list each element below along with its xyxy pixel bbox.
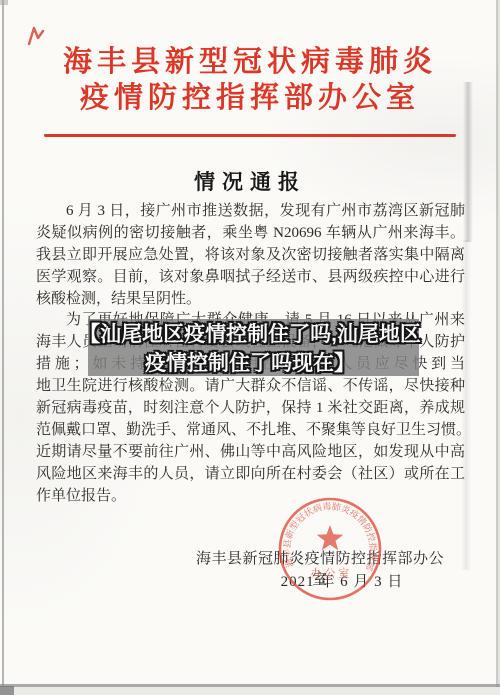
letterhead-line2: 疫情防控指挥部办公室 (0, 80, 500, 116)
seal-star (317, 525, 344, 550)
body-line: 地卫生院进行核酸检测。请广大群众不信谣、不传谣，尽快接种 (36, 376, 465, 398)
scan-corner-blot (0, 686, 14, 695)
scan-bottom-shadow (0, 687, 500, 695)
letterhead: 海丰县新型冠状病毒肺炎 疫情防控指挥部办公室 (0, 44, 500, 116)
body-line: 新冠病毒疫苗，时刻注意个人防护，保持 1 米社交距离，养成规 (36, 398, 465, 420)
letterhead-line1: 海丰县新型冠状病毒肺炎 (0, 44, 500, 80)
body-line: 医学观察。目前，该对象鼻咽拭子经送市、县两级疾控中心进行 (36, 267, 465, 289)
body-line: 作单位报告。 (36, 486, 465, 508)
body-line: 6 月 3 日，接广州市推送数据，发现有广州市荔湾区新冠肺 (36, 201, 465, 223)
caption-line2: 疫情控制住了吗现在】 (0, 349, 500, 378)
body-line: 核酸检测，结果呈阴性。 (36, 289, 465, 311)
caption-overlay: 【汕尾地区疫情控制住了吗,汕尾地区 疫情控制住了吗现在】 (0, 320, 500, 378)
seal-ring (280, 499, 380, 599)
scan-top-left-mark (0, 0, 8, 5)
caption-line1: 【汕尾地区疫情控制住了吗,汕尾地区 (0, 320, 500, 349)
official-seal: 海丰县新型冠状病毒肺炎疫情防控指挥部 办 公 室 (270, 492, 390, 610)
notice-title: 情况通报 (0, 166, 500, 196)
body-line: 近期请尽量不要前往广州、佛山等中高风险地区，如发现从中高 (36, 442, 465, 464)
red-divider-line (44, 134, 456, 137)
notice-page: 海丰县新型冠状病毒肺炎 疫情防控指挥部办公室 情况通报 6 月 3 日，接广州市… (0, 0, 500, 695)
body-line: 风险地区来海丰的人员，请立即向所在村委会（社区）或所在工 (36, 464, 465, 486)
body-line: 炎疑似病例的密切接触者，乘坐粤 N20696 车辆从广州来海丰。 (36, 223, 465, 245)
body-line: 范佩戴口罩、勤洗手、常通风、不扎堆、不聚集等良好卫生习惯。 (36, 420, 465, 442)
seal-center-text: 办 公 室 (311, 566, 350, 580)
body-line: 我县立即开展应急处置，将该对象及次密切接触者落实集中隔离 (36, 245, 465, 267)
